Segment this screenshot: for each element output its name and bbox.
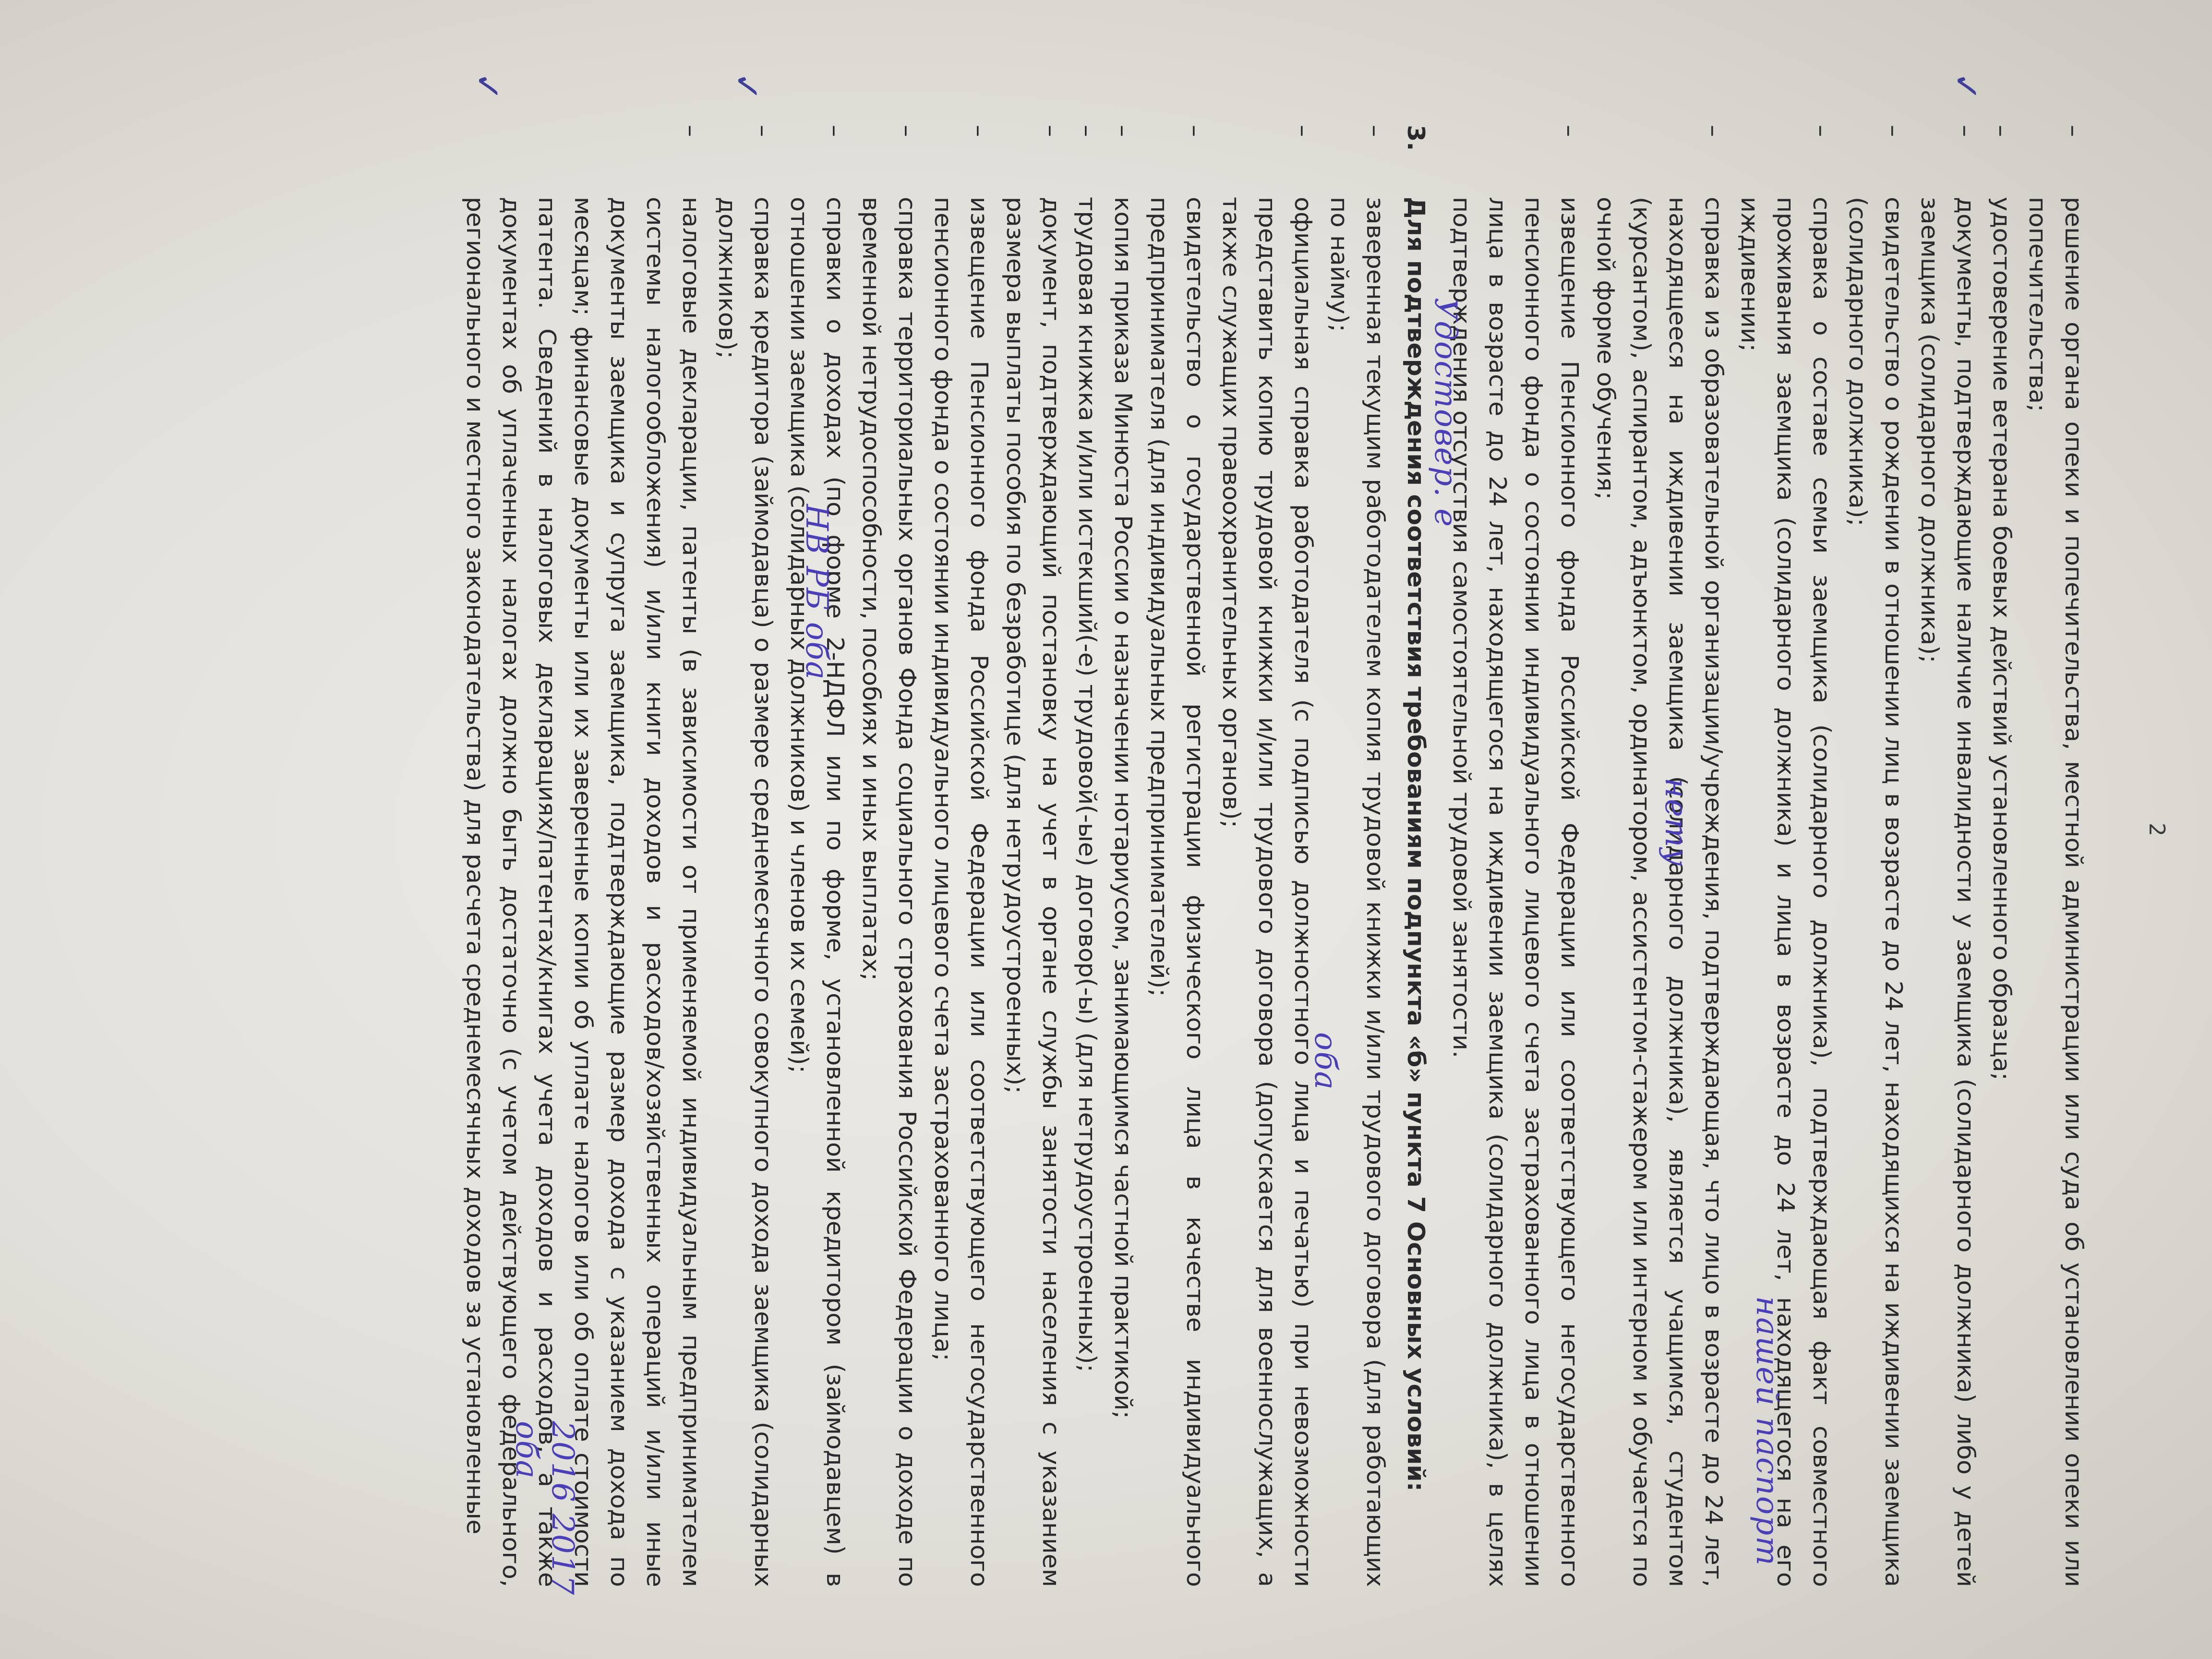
list-item-text: свидетельство о рождении в отношении лиц… — [1840, 197, 1912, 1587]
bullet-dash-icon: – — [1106, 125, 1142, 197]
bullet-dash-icon: – — [1588, 125, 1732, 197]
list-item-text: удостоверение ветерана боевых действий у… — [1984, 197, 2020, 1587]
handwritten-note: нашей паспорт — [1749, 1296, 1785, 1566]
bullet-dash-icon: – — [1444, 125, 1588, 197]
list-item-text: налоговые декларации, патенты (в зависим… — [457, 197, 709, 1587]
bullet-dash-icon: – — [1840, 125, 1912, 197]
check-mark-icon: ✓ — [468, 72, 508, 101]
list-item: –удостоверение ветерана боевых действий … — [1984, 125, 2020, 1587]
list-item: –документ, подтверждающий постановку на … — [998, 125, 1070, 1587]
bullet-dash-icon: – — [1912, 125, 1984, 197]
list-item-text: справка о составе семьи заемщика (солида… — [1732, 197, 1840, 1587]
check-mark-icon: ✓ — [1946, 72, 1986, 101]
page-number: 2 — [2144, 0, 2169, 1659]
bullet-dash-icon: – — [1732, 125, 1840, 197]
list-item: –официальная справка работодателя (с под… — [1214, 125, 1322, 1587]
list-item-text: документ, подтверждающий постановку на у… — [998, 197, 1070, 1587]
bullet-dash-icon: – — [1322, 125, 1394, 197]
check-mark-icon: ✓ — [727, 72, 767, 101]
list-item: –копия приказа Минюста России о назначен… — [1106, 125, 1142, 1587]
list-item-text: извещение Пенсионного фонда Российской Ф… — [926, 197, 998, 1587]
bullet-dash-icon: – — [1070, 125, 1106, 197]
list-item-text: свидетельство о государственной регистра… — [1142, 197, 1214, 1587]
handwritten-note: 2016 2017 оба — [509, 1421, 580, 1659]
bullet-dash-icon: – — [457, 125, 709, 197]
document-page: 2 –решение органа опеки и попечительства… — [0, 0, 2212, 1659]
list-item-text: справки о доходах (по форме 2-НДФЛ или п… — [781, 197, 854, 1587]
list-item-text: документы, подтверждающие наличие инвали… — [1912, 197, 1984, 1587]
list-item: –документы, подтверждающие наличие инвал… — [1912, 125, 1984, 1587]
list-item: –решение органа опеки и попечительства, … — [2020, 125, 2092, 1587]
bullet-dash-icon: – — [854, 125, 926, 197]
list-item: –трудовая книжка и/или истекший(-е) труд… — [1070, 125, 1106, 1587]
list-item-text: заверенная текущим работодателем копия т… — [1322, 197, 1394, 1587]
list-item: –извещение Пенсионного фонда Российской … — [926, 125, 998, 1587]
list-item-text: справка кредитора (займодавца) о размере… — [709, 197, 781, 1587]
bullet-dash-icon: – — [1984, 125, 2020, 197]
bullet-dash-icon: – — [926, 125, 998, 197]
list-item-text: копия приказа Минюста России о назначени… — [1106, 197, 1142, 1587]
list-item-text: решение органа опеки и попечительства, м… — [2020, 197, 2092, 1587]
bullet-dash-icon: – — [709, 125, 781, 197]
bullet-dash-icon: – — [781, 125, 854, 197]
section-number: 3. — [1398, 125, 1434, 197]
document-body: –решение органа опеки и попечительства, … — [457, 125, 2092, 1587]
list-item-text: трудовая книжка и/или истекший(-е) трудо… — [1070, 197, 1106, 1587]
bullet-dash-icon: – — [1214, 125, 1322, 197]
list-item: –извещение Пенсионного фонда Российской … — [1444, 125, 1588, 1587]
list-item: –свидетельство о государственной регистр… — [1142, 125, 1214, 1587]
list-item: –свидетельство о рождении в отношении ли… — [1840, 125, 1912, 1587]
bullet-dash-icon: – — [2020, 125, 2092, 197]
list-item-text: извещение Пенсионного фонда Российской Ф… — [1444, 197, 1588, 1587]
list-item: –справка кредитора (займодавца) о размер… — [709, 125, 781, 1587]
list-item: –справка о составе семьи заемщика (солид… — [1732, 125, 1840, 1587]
list-item: –справка территориальных органов Фонда с… — [854, 125, 926, 1587]
handwritten-note: НВ РБ оба — [799, 504, 834, 680]
list-after-section: –заверенная текущим работодателем копия … — [457, 125, 1394, 1587]
bullet-dash-icon: – — [998, 125, 1070, 197]
list-item-text: справка территориальных органов Фонда со… — [854, 197, 926, 1587]
list-item: –налоговые декларации, патенты (в зависи… — [457, 125, 709, 1587]
handwritten-note: Удостовер. е — [1428, 298, 1463, 528]
list-item: –заверенная текущим работодателем копия … — [1322, 125, 1394, 1587]
list-item-text: справка из образовательной организации/у… — [1588, 197, 1732, 1587]
list-item-text: официальная справка работодателя (с подп… — [1214, 197, 1322, 1587]
bullet-dash-icon: – — [1142, 125, 1214, 197]
handwritten-note: нету — [1658, 778, 1694, 867]
handwritten-note: оба — [1308, 1032, 1343, 1091]
list-item: –справки о доходах (по форме 2-НДФЛ или … — [781, 125, 854, 1587]
